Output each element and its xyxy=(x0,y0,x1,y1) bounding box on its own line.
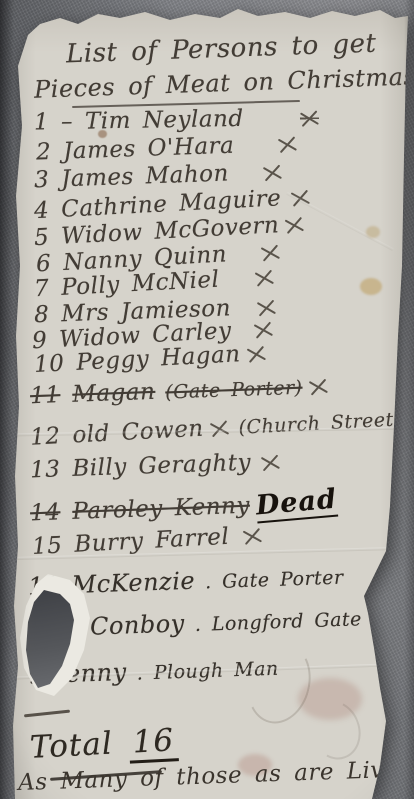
person-name: Burry Farrel xyxy=(74,524,230,558)
check-mark xyxy=(299,109,318,126)
entry-number: 4 xyxy=(34,197,50,224)
total-dash xyxy=(24,710,70,718)
entry-number: 1 – xyxy=(34,109,73,136)
entry-number: 2 xyxy=(36,139,52,166)
stain xyxy=(360,278,382,295)
check-mark xyxy=(253,320,273,338)
entry-note: (Gate Porter) xyxy=(165,377,303,404)
entry-number: 12 xyxy=(30,423,62,451)
entry-number: 11 xyxy=(30,382,61,409)
document-title-line1: List of Persons to get xyxy=(66,29,377,70)
check-mark xyxy=(246,344,266,362)
entry-row: 12old Cowen(Church Street) xyxy=(30,405,403,450)
entry-row: 14Paroley KennyDead xyxy=(30,486,338,530)
check-mark xyxy=(209,419,229,437)
check-mark xyxy=(262,163,282,181)
entry-row: 13Billy Geraghty xyxy=(30,449,281,484)
entry-number: 13 xyxy=(30,456,61,483)
entry-number: 7 xyxy=(33,276,49,303)
check-mark xyxy=(291,188,311,206)
entry-note: (Church Street) xyxy=(238,408,402,439)
stain xyxy=(366,226,380,238)
check-mark xyxy=(278,135,298,153)
entry-number: 8 xyxy=(34,302,50,329)
check-mark xyxy=(261,453,281,471)
stain xyxy=(298,678,362,720)
person-name: Tim Neyland xyxy=(85,106,244,135)
check-mark xyxy=(257,298,277,316)
entry-number: 6 xyxy=(35,251,51,278)
total-value: 16 xyxy=(128,722,179,764)
person-name: James O'Hara xyxy=(63,133,235,165)
check-mark xyxy=(285,215,305,233)
paper-wrapper: List of Persons to get Pieces of Meat on… xyxy=(10,6,410,799)
photograph: List of Persons to get Pieces of Meat on… xyxy=(0,0,414,799)
check-mark xyxy=(243,526,263,544)
person-name: Magan xyxy=(72,379,156,408)
total-label: Total xyxy=(29,726,114,766)
entry-number: 5 xyxy=(34,224,50,251)
person-name: Billy Geraghty xyxy=(72,450,252,482)
entry-note: . Gate Porter xyxy=(205,566,344,593)
check-mark xyxy=(255,268,275,286)
entry-number: 3 xyxy=(34,167,50,194)
entry-note: . Plough Man xyxy=(136,658,279,685)
entry-number: 14 xyxy=(30,499,61,526)
entry-number: 15 xyxy=(31,532,63,560)
pencil-scribble xyxy=(301,693,369,766)
check-mark xyxy=(260,243,280,261)
person-name: James Mahon xyxy=(61,161,230,193)
person-name: old Cowen xyxy=(72,416,204,449)
total-row: Total 16 xyxy=(29,722,179,769)
entry-number: 10 xyxy=(33,350,65,378)
paper: List of Persons to get Pieces of Meat on… xyxy=(10,6,410,799)
entry-number: 9 xyxy=(31,328,47,355)
person-name: Paroley Kenny xyxy=(72,493,250,525)
entry-note: . Longford Gate xyxy=(194,608,362,636)
pencil-scribble xyxy=(239,636,319,731)
entry-note: Dead xyxy=(255,484,339,524)
check-mark xyxy=(308,377,328,395)
person-name: McKenzie xyxy=(71,567,195,599)
entry-row: 11Magan(Gate Porter) xyxy=(30,373,328,409)
